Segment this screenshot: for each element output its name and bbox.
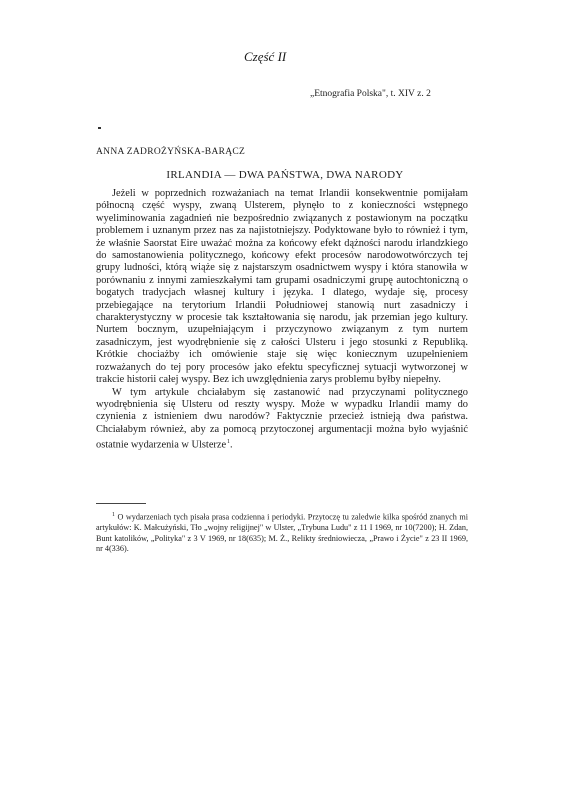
footnote-ref[interactable]: 1 xyxy=(227,439,230,445)
footnote: 1 O wydarzeniach tych pisała prasa codzi… xyxy=(96,510,468,555)
article-title: IRLANDIA — DWA PAŃSTWA, DWA NARODY xyxy=(90,169,480,181)
margin-mark xyxy=(98,127,101,129)
paragraph: Jeżeli w poprzednich rozważaniach na tem… xyxy=(96,188,468,387)
article-author: ANNA ZADROŻYŃSKA-BARĄCZ xyxy=(96,147,245,157)
article-body: Jeżeli w poprzednich rozważaniach na tem… xyxy=(96,188,468,452)
paragraph: W tym artykule chciałabym się zastanowić… xyxy=(96,387,468,453)
journal-citation: „Etnografia Polska", t. XIV z. 2 xyxy=(310,89,431,99)
footnote-divider xyxy=(96,503,146,504)
part-heading: Część II xyxy=(244,49,286,65)
footnotes: 1 O wydarzeniach tych pisała prasa codzi… xyxy=(96,510,468,555)
footnote-number: 1 xyxy=(112,512,115,518)
